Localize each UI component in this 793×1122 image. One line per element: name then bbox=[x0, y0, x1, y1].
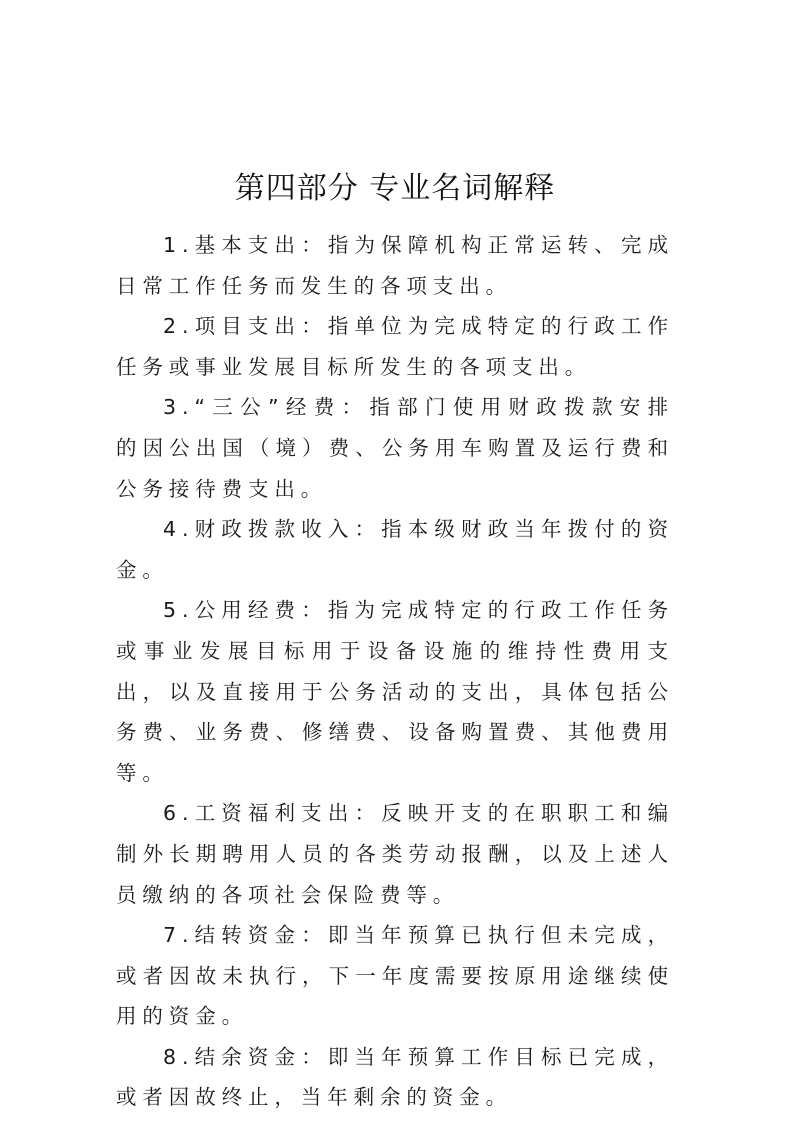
definition-item-6: 6.工资福利支出：反映开支的在职职工和编制外长期聘用人员的各类劳动报酬，以及上述… bbox=[116, 793, 674, 915]
definition-item-5: 5.公用经费：指为完成特定的行政工作任务或事业发展目标用于设备设施的维持性费用支… bbox=[116, 590, 674, 793]
item-number: 2. bbox=[163, 314, 194, 338]
document-page: 第四部分 专业名词解释 1.基本支出：指为保障机构正常运转、完成日常工作任务而发… bbox=[116, 165, 674, 1118]
item-number: 7. bbox=[163, 923, 194, 947]
item-number: 5. bbox=[163, 598, 194, 622]
item-term: “三公”经费： bbox=[194, 395, 369, 419]
definition-item-4: 4.财政拨款收入：指本级财政当年拨付的资金。 bbox=[116, 509, 674, 590]
item-term: 结转资金： bbox=[194, 923, 327, 947]
definition-item-8: 8.结余资金：即当年预算工作目标已完成，或者因故终止，当年剩余的资金。 bbox=[116, 1037, 674, 1118]
item-number: 3. bbox=[163, 395, 194, 419]
item-definition: 指为完成特定的行政工作任务或事业发展目标用于设备设施的维持性费用支出，以及直接用… bbox=[116, 598, 674, 784]
item-term: 结余资金： bbox=[194, 1045, 327, 1069]
item-number: 6. bbox=[163, 801, 194, 825]
item-number: 1. bbox=[163, 233, 194, 257]
definition-item-7: 7.结转资金：即当年预算已执行但未完成，或者因故未执行，下一年度需要按原用途继续… bbox=[116, 915, 674, 1037]
page-title: 第四部分 专业名词解释 bbox=[116, 165, 674, 213]
item-term: 工资福利支出： bbox=[194, 801, 381, 825]
item-term: 基本支出： bbox=[194, 233, 327, 257]
item-number: 4. bbox=[163, 517, 194, 541]
definition-item-1: 1.基本支出：指为保障机构正常运转、完成日常工作任务而发生的各项支出。 bbox=[116, 225, 674, 306]
item-term: 项目支出： bbox=[194, 314, 327, 338]
item-term: 财政拨款收入： bbox=[194, 517, 381, 541]
definition-item-3: 3.“三公”经费：指部门使用财政拨款安排的因公出国（境）费、公务用车购置及运行费… bbox=[116, 387, 674, 509]
item-term: 公用经费： bbox=[194, 598, 327, 622]
item-number: 8. bbox=[163, 1045, 194, 1069]
definition-item-2: 2.项目支出：指单位为完成特定的行政工作任务或事业发展目标所发生的各项支出。 bbox=[116, 306, 674, 387]
